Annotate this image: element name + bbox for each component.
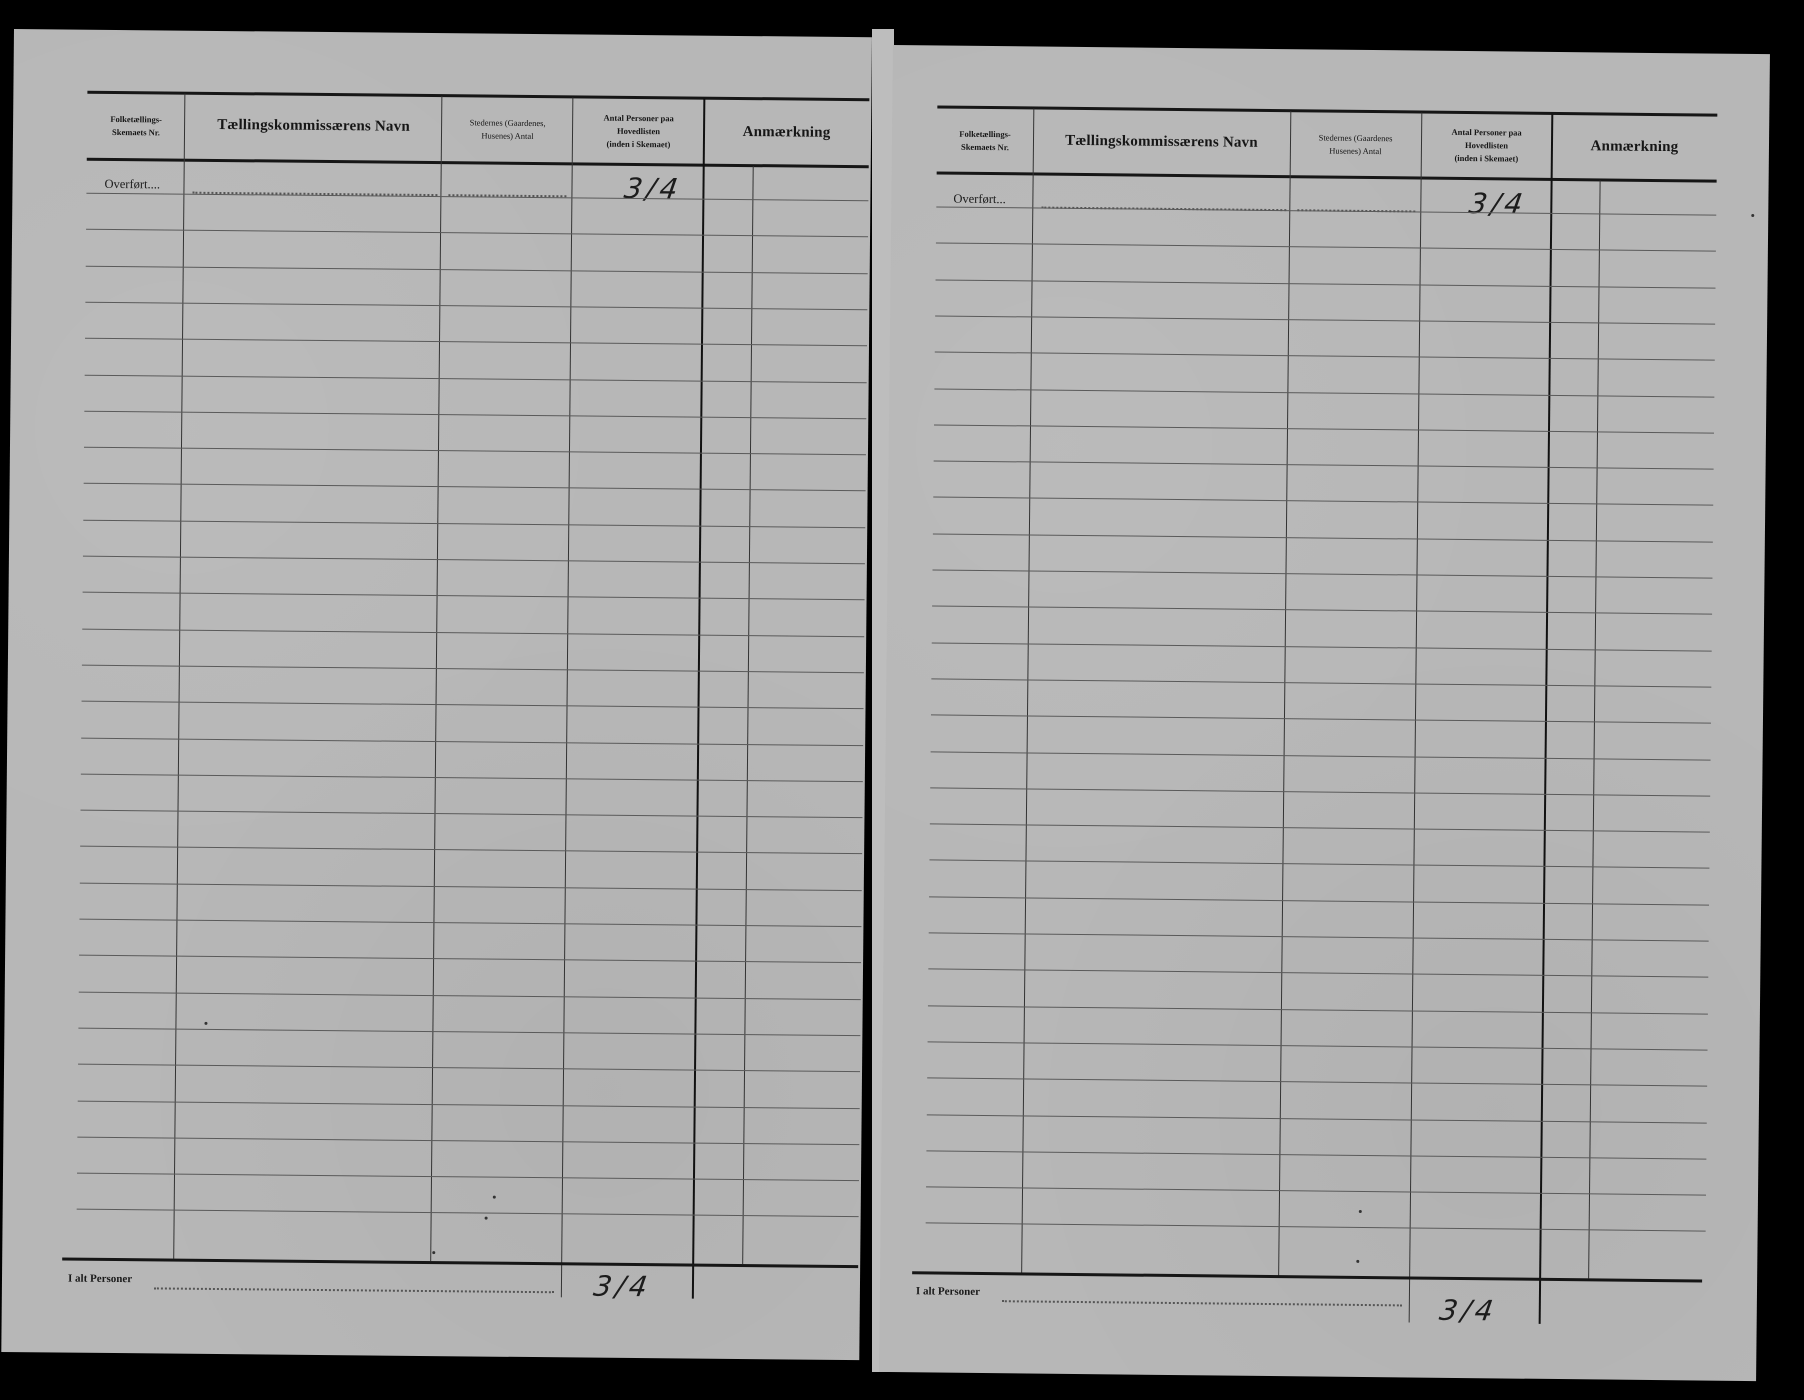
table-row-line — [79, 919, 861, 928]
left-page: Folketællings- Skemaets Nr. Tællingskomm… — [1, 29, 872, 1360]
col-divider-5 — [1588, 180, 1600, 1278]
paper-speck — [1751, 214, 1754, 217]
total-label: I alt Personer — [916, 1285, 980, 1298]
table-row-line — [84, 410, 866, 419]
table-row-line — [77, 1173, 859, 1182]
right-row-lines — [893, 45, 1770, 54]
header-commissioner-name: Tællingskommissærens Navn — [1033, 109, 1291, 175]
total-top-rule — [62, 1258, 858, 1269]
header-schema-number: Folketællings- Skemaets Nr. — [937, 108, 1034, 172]
carried-over-label: Overført.... — [104, 177, 160, 193]
table-row-line — [81, 737, 863, 746]
table-row-line — [85, 338, 867, 347]
table-row-line — [86, 229, 868, 238]
col-divider-4 — [1539, 114, 1554, 1324]
header-commissioner-name: Tællingskommissærens Navn — [185, 95, 443, 157]
table-row-line — [78, 1028, 860, 1037]
col-divider-3 — [561, 97, 574, 1297]
table-row-line — [83, 592, 865, 601]
right-census-table: Folketællings- Skemaets Nr. Tællingskomm… — [879, 45, 1770, 1381]
table-row-line — [85, 374, 867, 383]
paper-speck — [1356, 1260, 1359, 1263]
col-divider-1 — [173, 94, 185, 1259]
col-divider-3 — [1409, 113, 1423, 1323]
table-row-line — [82, 701, 864, 710]
carried-over-label: Overført... — [953, 192, 1006, 208]
col-divider-5 — [742, 166, 754, 1264]
header-remarks: Anmærkning — [704, 100, 870, 166]
table-row-line — [79, 955, 861, 964]
carried-over-value: 3/4 — [622, 172, 684, 206]
table-row-line — [82, 628, 864, 637]
paper-speck — [432, 1251, 435, 1254]
dotted-leader — [154, 1286, 554, 1293]
header-schema-number-line1: Folketællings- — [110, 113, 162, 126]
total-label: I alt Personer — [68, 1273, 132, 1286]
col-divider-1 — [1021, 108, 1034, 1273]
table-row-line — [82, 665, 864, 674]
header-schema-number: Folketællings- Skemaets Nr. — [87, 94, 186, 159]
header-persons-count: Antal Personer paa Hovedlisten (inden i … — [573, 98, 705, 163]
table-row-line — [78, 1100, 860, 1109]
total-top-rule — [912, 1271, 1702, 1282]
table-row-line — [83, 519, 865, 528]
total-value: 3/4 — [591, 1270, 653, 1304]
carried-over-value: 3/4 — [1467, 187, 1529, 221]
paper-speck — [485, 1217, 488, 1220]
col-divider-4 — [692, 99, 706, 1299]
col-divider-2 — [430, 96, 442, 1261]
table-row-line — [83, 556, 865, 565]
table-row-line — [81, 773, 863, 782]
paper-speck — [1359, 1210, 1362, 1213]
header-remarks: Anmærkning — [1552, 115, 1718, 180]
table-row-line — [84, 447, 866, 456]
table-row-line — [84, 483, 866, 492]
dotted-leader — [1002, 1299, 1402, 1306]
table-row-line — [80, 846, 862, 855]
left-census-table: Folketællings- Skemaets Nr. Tællingskomm… — [1, 29, 872, 1360]
header-schema-number-line2: Skemaets Nr. — [112, 126, 160, 139]
table-row-line — [77, 1209, 859, 1218]
table-row-line — [80, 882, 862, 891]
col-divider-2 — [1278, 111, 1291, 1276]
paper-speck — [493, 1196, 496, 1199]
paper-speck — [204, 1022, 207, 1025]
table-row-line — [86, 265, 868, 274]
table-row-line — [79, 991, 861, 1000]
total-value: 3/4 — [1437, 1294, 1499, 1328]
right-page: Folketællings- Skemaets Nr. Tællingskomm… — [879, 45, 1770, 1381]
header-persons-count: Antal Personer paa Hovedlisten (inden i … — [1421, 114, 1553, 178]
left-row-lines — [14, 29, 872, 37]
table-row-line — [85, 302, 867, 311]
table-row-line — [77, 1136, 859, 1145]
header-places-count: Stedernes (Gaardenes Husenes) Antal — [1290, 112, 1422, 176]
table-row-line — [80, 810, 862, 819]
table-row-line — [78, 1064, 860, 1073]
header-places-count: Stedernes (Gaardenes, Husenes) Antal — [442, 97, 574, 162]
